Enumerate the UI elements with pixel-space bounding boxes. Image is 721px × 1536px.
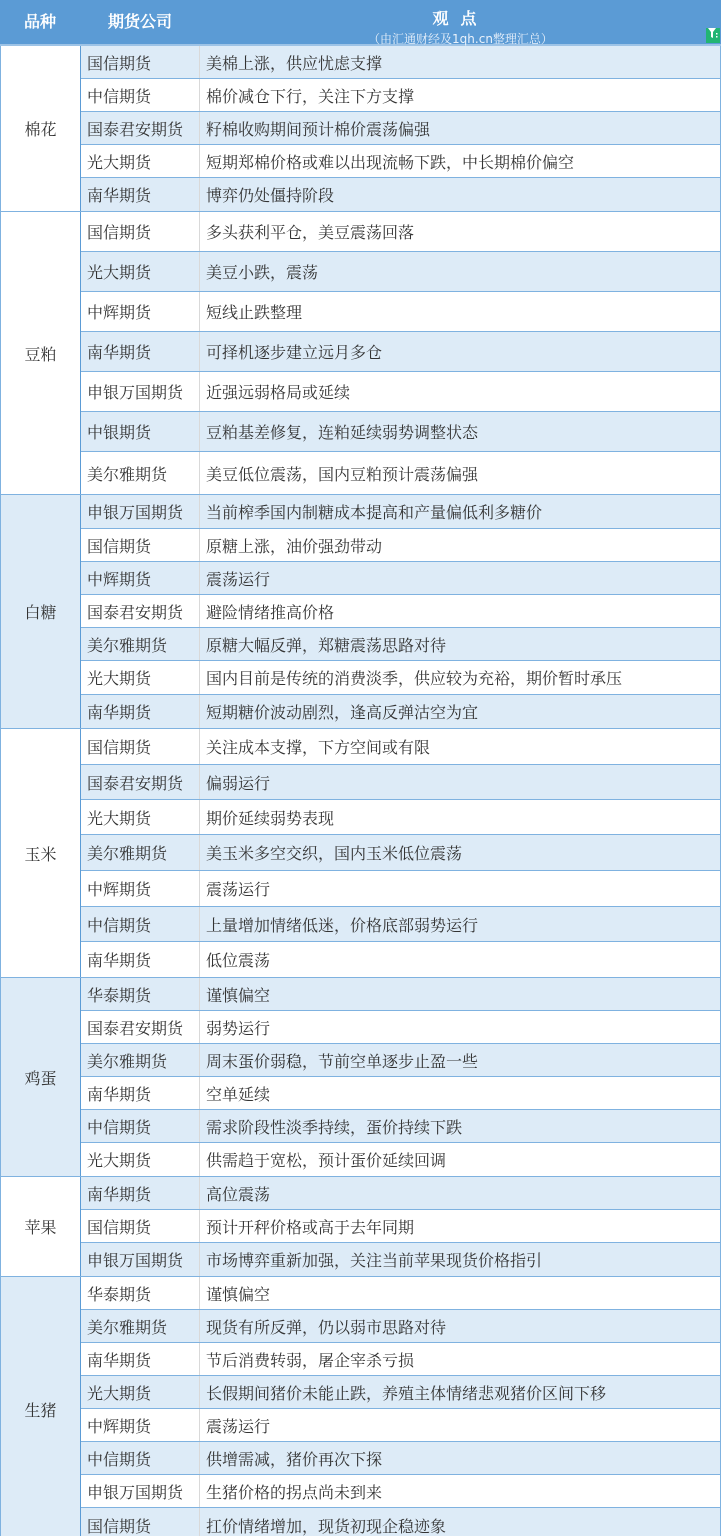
table-row: 美尔雅期货美玉米多空交织，国内玉米低位震荡	[81, 835, 721, 871]
table-row: 华泰期货谨慎偏空	[81, 1277, 721, 1310]
view-cell: 长假期间猪价未能止跌，养殖主体情绪悲观猪价区间下移	[200, 1376, 721, 1408]
category-group: 棉花国信期货美棉上涨，供应忧虑支撑中信期货棉价减仓下行，关注下方支撑国泰君安期货…	[0, 46, 721, 212]
category-cell: 鸡蛋	[0, 978, 81, 1176]
table-row: 华泰期货谨慎偏空	[81, 978, 721, 1011]
view-cell: 博弈仍处僵持阶段	[200, 178, 721, 211]
view-cell: 短期糖价波动剧烈，逢高反弹沽空为宜	[200, 695, 721, 728]
category-cell: 玉米	[0, 729, 81, 977]
company-cell: 国信期货	[81, 1508, 200, 1536]
view-cell: 避险情绪推高价格	[200, 595, 721, 627]
company-cell: 中信期货	[81, 1442, 200, 1474]
table-row: 申银万国期货生猪价格的拐点尚未到来	[81, 1475, 721, 1508]
view-cell: 美豆小跌，震荡	[200, 252, 721, 291]
company-cell: 国泰君安期货	[81, 765, 200, 799]
company-cell: 美尔雅期货	[81, 1044, 200, 1076]
view-cell: 近强远弱格局或延续	[200, 372, 721, 411]
company-cell: 国泰君安期货	[81, 595, 200, 627]
category-group: 豆粕国信期货多头获利平仓，美豆震荡回落光大期货美豆小跌，震荡中辉期货短线止跌整理…	[0, 212, 721, 495]
view-cell: 国内目前是传统的消费淡季，供应较为充裕，期价暂时承压	[200, 661, 721, 694]
table-body: 棉花国信期货美棉上涨，供应忧虑支撑中信期货棉价减仓下行，关注下方支撑国泰君安期货…	[0, 46, 721, 1536]
company-cell: 国信期货	[81, 212, 200, 251]
company-cell: 光大期货	[81, 252, 200, 291]
category-group: 苹果南华期货高位震荡国信期货预计开秤价格或高于去年同期申银万国期货市场博弈重新加…	[0, 1177, 721, 1277]
company-cell: 美尔雅期货	[81, 835, 200, 870]
view-cell: 低位震荡	[200, 942, 721, 977]
table-row: 中银期货豆粕基差修复，连粕延续弱势调整状态	[81, 412, 721, 452]
view-cell: 原糖大幅反弹，郑糖震荡思路对待	[200, 628, 721, 660]
view-cell: 棉价减仓下行，关注下方支撑	[200, 79, 721, 111]
table-row: 国信期货扛价情绪增加，现货初现企稳迹象	[81, 1508, 721, 1536]
view-cell: 供增需减，猪价再次下探	[200, 1442, 721, 1474]
table-row: 光大期货国内目前是传统的消费淡季，供应较为充裕，期价暂时承压	[81, 661, 721, 695]
view-cell: 谨慎偏空	[200, 978, 721, 1010]
category-cell: 苹果	[0, 1177, 81, 1276]
company-cell: 申银万国期货	[81, 495, 200, 528]
table-row: 光大期货供需趋于宽松，预计蛋价延续回调	[81, 1143, 721, 1176]
table-row: 美尔雅期货美豆低位震荡，国内豆粕预计震荡偏强	[81, 452, 721, 494]
header-view-title: 观点	[200, 6, 721, 29]
view-cell: 美玉米多空交织，国内玉米低位震荡	[200, 835, 721, 870]
table-row: 国信期货多头获利平仓，美豆震荡回落	[81, 212, 721, 252]
view-cell: 短线止跌整理	[200, 292, 721, 331]
company-cell: 中辉期货	[81, 871, 200, 906]
filter-icon[interactable]	[706, 28, 720, 43]
group-rows: 华泰期货谨慎偏空国泰君安期货弱势运行美尔雅期货周末蛋价弱稳，节前空单逐步止盈一些…	[81, 978, 721, 1176]
table-row: 南华期货节后消费转弱，屠企宰杀亏损	[81, 1343, 721, 1376]
company-cell: 南华期货	[81, 695, 200, 728]
view-cell: 原糖上涨，油价强劲带动	[200, 529, 721, 561]
company-cell: 南华期货	[81, 1177, 200, 1209]
view-cell: 籽棉收购期间预计棉价震荡偏强	[200, 112, 721, 144]
view-cell: 当前榨季国内制糖成本提高和产量偏低利多糖价	[200, 495, 721, 528]
company-cell: 国信期货	[81, 729, 200, 764]
view-cell: 震荡运行	[200, 1409, 721, 1441]
view-cell: 震荡运行	[200, 871, 721, 906]
company-cell: 中信期货	[81, 1110, 200, 1142]
group-rows: 华泰期货谨慎偏空美尔雅期货现货有所反弹，仍以弱市思路对待南华期货节后消费转弱，屠…	[81, 1277, 721, 1536]
view-cell: 空单延续	[200, 1077, 721, 1109]
futures-views-table: 品种 期货公司 观点 （由汇通财经及1qh.cn整理汇总） 棉花国信期货美棉上涨…	[0, 0, 721, 1536]
view-cell: 可择机逐步建立远月多仓	[200, 332, 721, 371]
view-cell: 短期郑棉价格或难以出现流畅下跌，中长期棉价偏空	[200, 145, 721, 177]
company-cell: 南华期货	[81, 942, 200, 977]
company-cell: 申银万国期货	[81, 372, 200, 411]
table-row: 光大期货美豆小跌，震荡	[81, 252, 721, 292]
table-row: 中信期货上量增加情绪低迷，价格底部弱势运行	[81, 907, 721, 942]
company-cell: 国信期货	[81, 46, 200, 78]
header-view-subtitle: （由汇通财经及1qh.cn整理汇总）	[200, 30, 721, 47]
table-row: 南华期货短期糖价波动剧烈，逢高反弹沽空为宜	[81, 695, 721, 728]
table-row: 中信期货棉价减仓下行，关注下方支撑	[81, 79, 721, 112]
table-row: 光大期货短期郑棉价格或难以出现流畅下跌，中长期棉价偏空	[81, 145, 721, 178]
view-cell: 弱势运行	[200, 1011, 721, 1043]
view-cell: 谨慎偏空	[200, 1277, 721, 1309]
view-cell: 生猪价格的拐点尚未到来	[200, 1475, 721, 1507]
company-cell: 美尔雅期货	[81, 1310, 200, 1342]
category-group: 生猪华泰期货谨慎偏空美尔雅期货现货有所反弹，仍以弱市思路对待南华期货节后消费转弱…	[0, 1277, 721, 1536]
view-cell: 现货有所反弹，仍以弱市思路对待	[200, 1310, 721, 1342]
company-cell: 南华期货	[81, 1077, 200, 1109]
company-cell: 中辉期货	[81, 292, 200, 331]
company-cell: 南华期货	[81, 178, 200, 211]
group-rows: 申银万国期货当前榨季国内制糖成本提高和产量偏低利多糖价国信期货原糖上涨，油价强劲…	[81, 495, 721, 728]
company-cell: 国信期货	[81, 529, 200, 561]
view-cell: 上量增加情绪低迷，价格底部弱势运行	[200, 907, 721, 941]
view-cell: 供需趋于宽松，预计蛋价延续回调	[200, 1143, 721, 1176]
table-row: 光大期货长假期间猪价未能止跌，养殖主体情绪悲观猪价区间下移	[81, 1376, 721, 1409]
view-cell: 节后消费转弱，屠企宰杀亏损	[200, 1343, 721, 1375]
view-cell: 美豆低位震荡，国内豆粕预计震荡偏强	[200, 452, 721, 494]
table-row: 国信期货预计开秤价格或高于去年同期	[81, 1210, 721, 1243]
table-row: 申银万国期货市场博弈重新加强，关注当前苹果现货价格指引	[81, 1243, 721, 1276]
company-cell: 光大期货	[81, 661, 200, 694]
table-row: 南华期货低位震荡	[81, 942, 721, 977]
company-cell: 南华期货	[81, 1343, 200, 1375]
company-cell: 中辉期货	[81, 562, 200, 594]
category-group: 白糖申银万国期货当前榨季国内制糖成本提高和产量偏低利多糖价国信期货原糖上涨，油价…	[0, 495, 721, 729]
view-cell: 关注成本支撑，下方空间或有限	[200, 729, 721, 764]
group-rows: 国信期货关注成本支撑，下方空间或有限国泰君安期货偏弱运行光大期货期价延续弱势表现…	[81, 729, 721, 977]
group-rows: 国信期货多头获利平仓，美豆震荡回落光大期货美豆小跌，震荡中辉期货短线止跌整理南华…	[81, 212, 721, 494]
company-cell: 中信期货	[81, 907, 200, 941]
table-row: 申银万国期货近强远弱格局或延续	[81, 372, 721, 412]
table-row: 国泰君安期货籽棉收购期间预计棉价震荡偏强	[81, 112, 721, 145]
view-cell: 高位震荡	[200, 1177, 721, 1209]
table-row: 中辉期货短线止跌整理	[81, 292, 721, 332]
table-row: 国泰君安期货避险情绪推高价格	[81, 595, 721, 628]
company-cell: 中信期货	[81, 79, 200, 111]
view-cell: 多头获利平仓，美豆震荡回落	[200, 212, 721, 251]
company-cell: 光大期货	[81, 145, 200, 177]
table-row: 光大期货期价延续弱势表现	[81, 800, 721, 835]
company-cell: 南华期货	[81, 332, 200, 371]
table-row: 中辉期货震荡运行	[81, 1409, 721, 1442]
company-cell: 中银期货	[81, 412, 200, 451]
table-row: 中辉期货震荡运行	[81, 562, 721, 595]
company-cell: 国信期货	[81, 1210, 200, 1242]
table-row: 国泰君安期货偏弱运行	[81, 765, 721, 800]
header-company: 期货公司	[80, 0, 200, 44]
category-cell: 白糖	[0, 495, 81, 728]
company-cell: 国泰君安期货	[81, 1011, 200, 1043]
table-row: 国信期货关注成本支撑，下方空间或有限	[81, 729, 721, 765]
company-cell: 华泰期货	[81, 978, 200, 1010]
table-row: 南华期货空单延续	[81, 1077, 721, 1110]
company-cell: 光大期货	[81, 800, 200, 834]
company-cell: 美尔雅期货	[81, 452, 200, 494]
table-row: 国信期货原糖上涨，油价强劲带动	[81, 529, 721, 562]
table-row: 中信期货供增需减，猪价再次下探	[81, 1442, 721, 1475]
company-cell: 申银万国期货	[81, 1475, 200, 1507]
view-cell: 豆粕基差修复，连粕延续弱势调整状态	[200, 412, 721, 451]
header-category: 品种	[0, 0, 80, 44]
view-cell: 需求阶段性淡季持续，蛋价持续下跌	[200, 1110, 721, 1142]
group-rows: 国信期货美棉上涨，供应忧虑支撑中信期货棉价减仓下行，关注下方支撑国泰君安期货籽棉…	[81, 46, 721, 211]
view-cell: 期价延续弱势表现	[200, 800, 721, 834]
table-row: 美尔雅期货原糖大幅反弹，郑糖震荡思路对待	[81, 628, 721, 661]
company-cell: 中辉期货	[81, 1409, 200, 1441]
header-view: 观点 （由汇通财经及1qh.cn整理汇总）	[200, 0, 721, 44]
view-cell: 偏弱运行	[200, 765, 721, 799]
table-row: 国信期货美棉上涨，供应忧虑支撑	[81, 46, 721, 79]
table-row: 美尔雅期货现货有所反弹，仍以弱市思路对待	[81, 1310, 721, 1343]
category-cell: 生猪	[0, 1277, 81, 1536]
table-row: 南华期货博弈仍处僵持阶段	[81, 178, 721, 211]
view-cell: 美棉上涨，供应忧虑支撑	[200, 46, 721, 78]
category-group: 鸡蛋华泰期货谨慎偏空国泰君安期货弱势运行美尔雅期货周末蛋价弱稳，节前空单逐步止盈…	[0, 978, 721, 1177]
table-row: 国泰君安期货弱势运行	[81, 1011, 721, 1044]
company-cell: 华泰期货	[81, 1277, 200, 1309]
company-cell: 美尔雅期货	[81, 628, 200, 660]
view-cell: 预计开秤价格或高于去年同期	[200, 1210, 721, 1242]
category-cell: 棉花	[0, 46, 81, 211]
view-cell: 市场博弈重新加强，关注当前苹果现货价格指引	[200, 1243, 721, 1276]
company-cell: 申银万国期货	[81, 1243, 200, 1276]
view-cell: 周末蛋价弱稳，节前空单逐步止盈一些	[200, 1044, 721, 1076]
table-row: 中信期货需求阶段性淡季持续，蛋价持续下跌	[81, 1110, 721, 1143]
table-row: 南华期货高位震荡	[81, 1177, 721, 1210]
company-cell: 光大期货	[81, 1376, 200, 1408]
table-row: 美尔雅期货周末蛋价弱稳，节前空单逐步止盈一些	[81, 1044, 721, 1077]
table-row: 南华期货可择机逐步建立远月多仓	[81, 332, 721, 372]
category-cell: 豆粕	[0, 212, 81, 494]
table-row: 中辉期货震荡运行	[81, 871, 721, 907]
company-cell: 光大期货	[81, 1143, 200, 1176]
company-cell: 国泰君安期货	[81, 112, 200, 144]
table-row: 申银万国期货当前榨季国内制糖成本提高和产量偏低利多糖价	[81, 495, 721, 529]
category-group: 玉米国信期货关注成本支撑，下方空间或有限国泰君安期货偏弱运行光大期货期价延续弱势…	[0, 729, 721, 978]
group-rows: 南华期货高位震荡国信期货预计开秤价格或高于去年同期申银万国期货市场博弈重新加强，…	[81, 1177, 721, 1276]
view-cell: 震荡运行	[200, 562, 721, 594]
view-cell: 扛价情绪增加，现货初现企稳迹象	[200, 1508, 721, 1536]
table-header: 品种 期货公司 观点 （由汇通财经及1qh.cn整理汇总）	[0, 0, 721, 46]
